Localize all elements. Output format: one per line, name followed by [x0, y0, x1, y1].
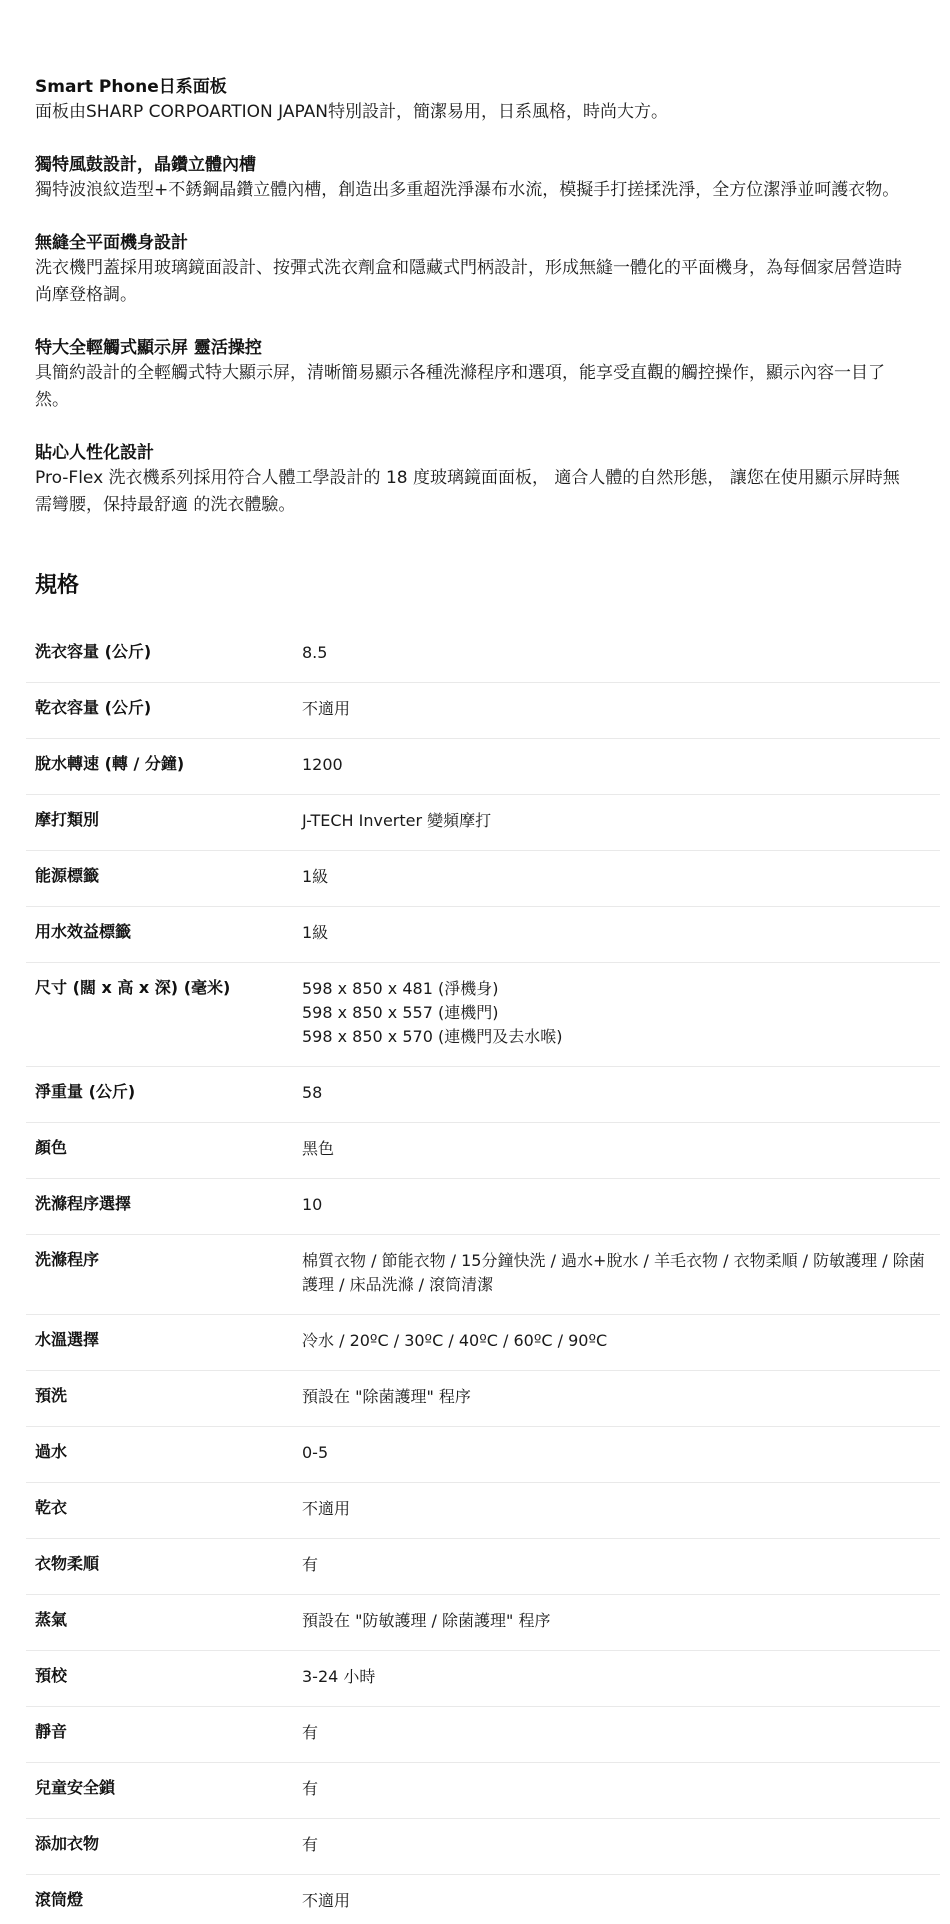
spec-row-color: 顏色 黑色: [26, 1123, 940, 1179]
dimension-with-door: 598 x 850 x 557 (連機門): [302, 1001, 934, 1025]
feature-title: Smart Phone日系面板: [35, 75, 915, 99]
feature-title: 特大全輕觸式顯示屏 靈活操控: [35, 336, 915, 360]
product-detail-page: Smart Phone日系面板 面板由SHARP CORPOARTION JAP…: [0, 0, 950, 1924]
feature-title: 貼心人性化設計: [35, 441, 915, 465]
spec-label: 乾衣: [26, 1497, 302, 1521]
spec-label: 摩打類別: [26, 809, 302, 833]
spec-row-energy-label: 能源標籤 1級: [26, 851, 940, 907]
spec-label: 洗滌程序選擇: [26, 1193, 302, 1217]
spec-label: 能源標籤: [26, 865, 302, 889]
spec-value: 有: [302, 1553, 940, 1577]
spec-row-wash-programs: 洗滌程序 棉質衣物 / 節能衣物 / 15分鐘快洗 / 過水+脫水 / 羊毛衣物…: [26, 1235, 940, 1315]
feature-drum-design: 獨特風鼓設計，晶鑽立體內槽 獨特波浪紋造型+不銹鋼晶鑽立體內槽，創造出多重超洗淨…: [35, 153, 915, 204]
spec-value: 1200: [302, 753, 940, 777]
spec-row-water-temperature: 水溫選擇 冷水 / 20ºC / 30ºC / 40ºC / 60ºC / 90…: [26, 1315, 940, 1371]
spec-row-wash-capacity: 洗衣容量 (公斤) 8.5: [26, 627, 940, 683]
specifications-section: 規格 洗衣容量 (公斤) 8.5 乾衣容量 (公斤) 不適用 脫水轉速 (轉 /…: [0, 571, 950, 1924]
spec-row-dimensions: 尺寸 (闊 x 高 x 深) (毫米) 598 x 850 x 481 (淨機身…: [26, 963, 940, 1067]
spec-label: 脫水轉速 (轉 / 分鐘): [26, 753, 302, 777]
spec-row-motor-type: 摩打類別 J-TECH Inverter 變頻摩打: [26, 795, 940, 851]
spec-label: 乾衣容量 (公斤): [26, 697, 302, 721]
spec-row-child-lock: 兒童安全鎖 有: [26, 1763, 940, 1819]
dimension-net-body: 598 x 850 x 481 (淨機身): [302, 977, 934, 1001]
spec-value: 8.5: [302, 641, 940, 665]
spec-value: 不適用: [302, 1889, 940, 1913]
feature-body: 洗衣機門蓋採用玻璃鏡面設計、按彈式洗衣劑盒和隱藏式門柄設計，形成無縫一體化的平面…: [35, 255, 915, 309]
feature-body: Pro-Flex 洗衣機系列採用符合人體工學設計的 18 度玻璃鏡面面板， 適合…: [35, 465, 915, 519]
spec-value: 1級: [302, 921, 940, 945]
spec-label: 洗滌程序: [26, 1249, 302, 1297]
spec-value: 棉質衣物 / 節能衣物 / 15分鐘快洗 / 過水+脫水 / 羊毛衣物 / 衣物…: [302, 1249, 940, 1297]
spec-row-rinse: 過水 0-5: [26, 1427, 940, 1483]
spec-label: 蒸氣: [26, 1609, 302, 1633]
spec-value: 有: [302, 1833, 940, 1857]
spec-value: 598 x 850 x 481 (淨機身) 598 x 850 x 557 (連…: [302, 977, 940, 1049]
spec-label: 淨重量 (公斤): [26, 1081, 302, 1105]
spec-value: 冷水 / 20ºC / 30ºC / 40ºC / 60ºC / 90ºC: [302, 1329, 940, 1353]
spec-label: 用水效益標籤: [26, 921, 302, 945]
spec-row-steam: 蒸氣 預設在 "防敏護理 / 除菌護理" 程序: [26, 1595, 940, 1651]
spec-value: J-TECH Inverter 變頻摩打: [302, 809, 940, 833]
spec-value: 有: [302, 1777, 940, 1801]
spec-value: 不適用: [302, 697, 940, 721]
spec-value: 黑色: [302, 1137, 940, 1161]
spec-row-water-efficiency-label: 用水效益標籤 1級: [26, 907, 940, 963]
spec-value: 58: [302, 1081, 940, 1105]
feature-smart-phone-panel: Smart Phone日系面板 面板由SHARP CORPOARTION JAP…: [35, 75, 915, 126]
spec-row-net-weight: 淨重量 (公斤) 58: [26, 1067, 940, 1123]
spec-label: 尺寸 (闊 x 高 x 深) (毫米): [26, 977, 302, 1049]
spec-row-program-count: 洗滌程序選擇 10: [26, 1179, 940, 1235]
dimension-with-door-and-hose: 598 x 850 x 570 (連機門及去水喉): [302, 1025, 934, 1049]
spec-value: 預設在 "防敏護理 / 除菌護理" 程序: [302, 1609, 940, 1633]
spec-value: 預設在 "除菌護理" 程序: [302, 1385, 940, 1409]
features-section: Smart Phone日系面板 面板由SHARP CORPOARTION JAP…: [0, 75, 950, 519]
spec-label: 衣物柔順: [26, 1553, 302, 1577]
spec-row-drum-light: 滾筒燈 不適用: [26, 1875, 940, 1924]
spec-label: 預校: [26, 1665, 302, 1689]
spec-row-prewash: 預洗 預設在 "除菌護理" 程序: [26, 1371, 940, 1427]
feature-body: 具簡約設計的全輕觸式特大顯示屏，清晰簡易顯示各種洗滌程序和選項，能享受直觀的觸控…: [35, 360, 915, 414]
spec-row-dry: 乾衣 不適用: [26, 1483, 940, 1539]
feature-body: 獨特波浪紋造型+不銹鋼晶鑽立體內槽，創造出多重超洗淨瀑布水流，模擬手打搓揉洗淨，…: [35, 177, 915, 204]
feature-ergonomic-design: 貼心人性化設計 Pro-Flex 洗衣機系列採用符合人體工學設計的 18 度玻璃…: [35, 441, 915, 519]
specifications-table: 洗衣容量 (公斤) 8.5 乾衣容量 (公斤) 不適用 脫水轉速 (轉 / 分鐘…: [26, 627, 940, 1924]
spec-row-softener: 衣物柔順 有: [26, 1539, 940, 1595]
spec-label: 顏色: [26, 1137, 302, 1161]
spec-row-add-laundry: 添加衣物 有: [26, 1819, 940, 1875]
spec-value: 不適用: [302, 1497, 940, 1521]
spec-label: 水溫選擇: [26, 1329, 302, 1353]
spec-row-delay-timer: 預校 3-24 小時: [26, 1651, 940, 1707]
spec-row-dry-capacity: 乾衣容量 (公斤) 不適用: [26, 683, 940, 739]
spec-label: 添加衣物: [26, 1833, 302, 1857]
feature-flat-body-design: 無縫全平面機身設計 洗衣機門蓋採用玻璃鏡面設計、按彈式洗衣劑盒和隱藏式門柄設計，…: [35, 231, 915, 309]
spec-value: 3-24 小時: [302, 1665, 940, 1689]
spec-label: 洗衣容量 (公斤): [26, 641, 302, 665]
spec-row-quiet: 靜音 有: [26, 1707, 940, 1763]
specifications-title: 規格: [0, 571, 950, 601]
spec-value: 有: [302, 1721, 940, 1745]
spec-row-spin-speed: 脫水轉速 (轉 / 分鐘) 1200: [26, 739, 940, 795]
spec-value: 0-5: [302, 1441, 940, 1465]
spec-label: 靜音: [26, 1721, 302, 1745]
spec-label: 過水: [26, 1441, 302, 1465]
feature-title: 無縫全平面機身設計: [35, 231, 915, 255]
spec-label: 預洗: [26, 1385, 302, 1409]
feature-title: 獨特風鼓設計，晶鑽立體內槽: [35, 153, 915, 177]
feature-touch-display: 特大全輕觸式顯示屏 靈活操控 具簡約設計的全輕觸式特大顯示屏，清晰簡易顯示各種洗…: [35, 336, 915, 414]
feature-body: 面板由SHARP CORPOARTION JAPAN特別設計，簡潔易用，日系風格…: [35, 99, 915, 126]
spec-value: 10: [302, 1193, 940, 1217]
spec-value: 1級: [302, 865, 940, 889]
spec-label: 滾筒燈: [26, 1889, 302, 1913]
spec-label: 兒童安全鎖: [26, 1777, 302, 1801]
